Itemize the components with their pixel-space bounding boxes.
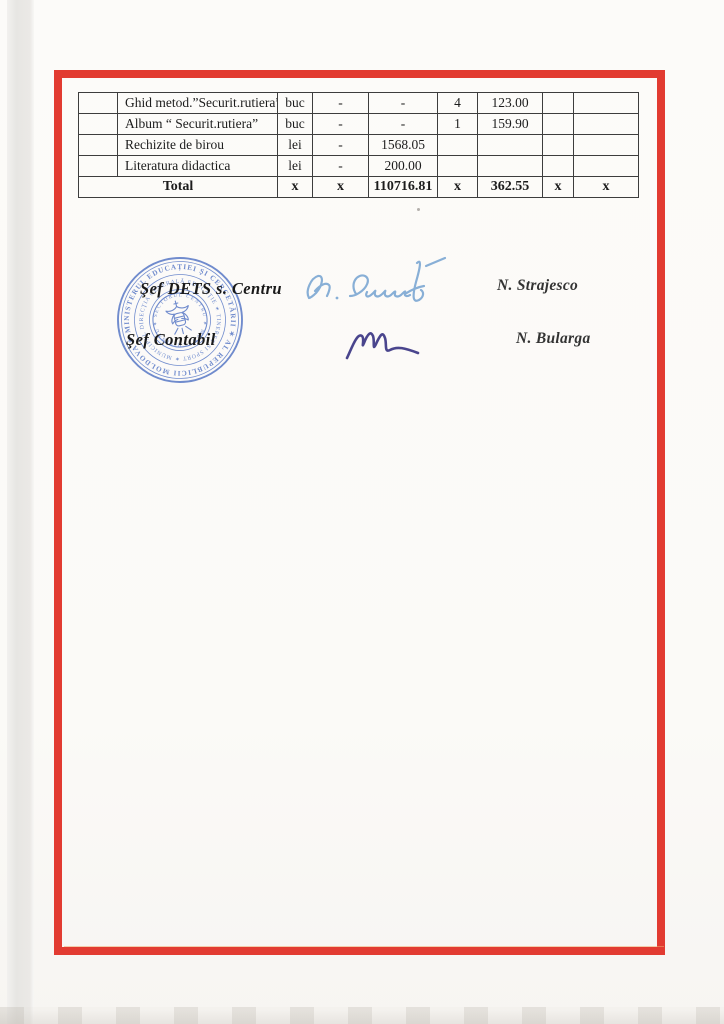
scan-speck — [417, 208, 420, 211]
table-cell — [543, 156, 574, 177]
table-row: Ghid metod.”Securit.rutiera” buc - - 4 1… — [79, 93, 639, 114]
item-name-cell: Rechizite de birou — [118, 135, 278, 156]
unit-cell: buc — [278, 93, 313, 114]
table-cell — [79, 156, 118, 177]
official-title-director: Şef DETS s. Centru — [140, 279, 282, 299]
table-cell — [543, 114, 574, 135]
total-cell: x — [313, 177, 369, 198]
official-name-accountant: N. Bularga — [516, 330, 591, 348]
amount-cell: 1568.05 — [369, 135, 438, 156]
scan-edge-strip — [7, 0, 34, 1024]
qty-cell — [438, 156, 478, 177]
amount-cell: 200.00 — [369, 156, 438, 177]
director-signature — [301, 251, 451, 311]
item-name-cell: Album “ Securit.rutiera” — [118, 114, 278, 135]
table-row: Album “ Securit.rutiera” buc - - 1 159.9… — [79, 114, 639, 135]
total-price-cell: 362.55 — [478, 177, 543, 198]
table-cell — [79, 93, 118, 114]
official-name-director: N. Strajesco — [497, 277, 578, 295]
total-cell: x — [438, 177, 478, 198]
table-row: Literatura didactica lei - 200.00 — [79, 156, 639, 177]
total-cell: x — [278, 177, 313, 198]
unit-cell: buc — [278, 114, 313, 135]
item-name-cell: Literatura didactica — [118, 156, 278, 177]
scan-artifact-line — [64, 946, 664, 947]
official-title-accountant: Şef Contabil — [126, 330, 216, 350]
total-cell: x — [574, 177, 639, 198]
qty-cell — [438, 135, 478, 156]
table-cell — [574, 135, 639, 156]
qty-cell: 4 — [438, 93, 478, 114]
table-cell — [574, 93, 639, 114]
table-cell — [574, 114, 639, 135]
scanned-page: Ghid metod.”Securit.rutiera” buc - - 4 1… — [0, 0, 724, 1024]
table-cell: - — [313, 135, 369, 156]
expenses-table: Ghid metod.”Securit.rutiera” buc - - 4 1… — [78, 92, 639, 198]
unit-cell: lei — [278, 156, 313, 177]
unit-cell: lei — [278, 135, 313, 156]
table-cell — [543, 135, 574, 156]
table-cell: - — [313, 114, 369, 135]
table-row: Rechizite de birou lei - 1568.05 — [79, 135, 639, 156]
table-cell — [574, 156, 639, 177]
stamp-outer-text: MINISTERUL EDUCAŢIEI ŞI CERCETĂRII ✶ AL … — [111, 250, 251, 389]
amount-cell: - — [369, 114, 438, 135]
svg-text:MINISTERUL EDUCAŢIEI ŞI CERCET: MINISTERUL EDUCAŢIEI ŞI CERCETĂRII ✶ AL … — [111, 250, 251, 389]
table-cell: - — [313, 156, 369, 177]
scan-bottom-band — [0, 1007, 724, 1024]
table-cell — [79, 114, 118, 135]
price-cell — [478, 156, 543, 177]
total-cell: x — [543, 177, 574, 198]
table-cell — [79, 135, 118, 156]
total-row: Total x x 110716.81 x 362.55 x x — [79, 177, 639, 198]
price-cell: 159.90 — [478, 114, 543, 135]
document-red-border — [54, 70, 665, 955]
table-cell — [543, 93, 574, 114]
price-cell: 123.00 — [478, 93, 543, 114]
amount-cell: - — [369, 93, 438, 114]
total-amount-cell: 110716.81 — [369, 177, 438, 198]
price-cell — [478, 135, 543, 156]
total-label-cell: Total — [79, 177, 278, 198]
table-cell: - — [313, 93, 369, 114]
accountant-signature — [339, 317, 429, 367]
item-name-cell: Ghid metod.”Securit.rutiera” — [118, 93, 278, 114]
qty-cell: 1 — [438, 114, 478, 135]
